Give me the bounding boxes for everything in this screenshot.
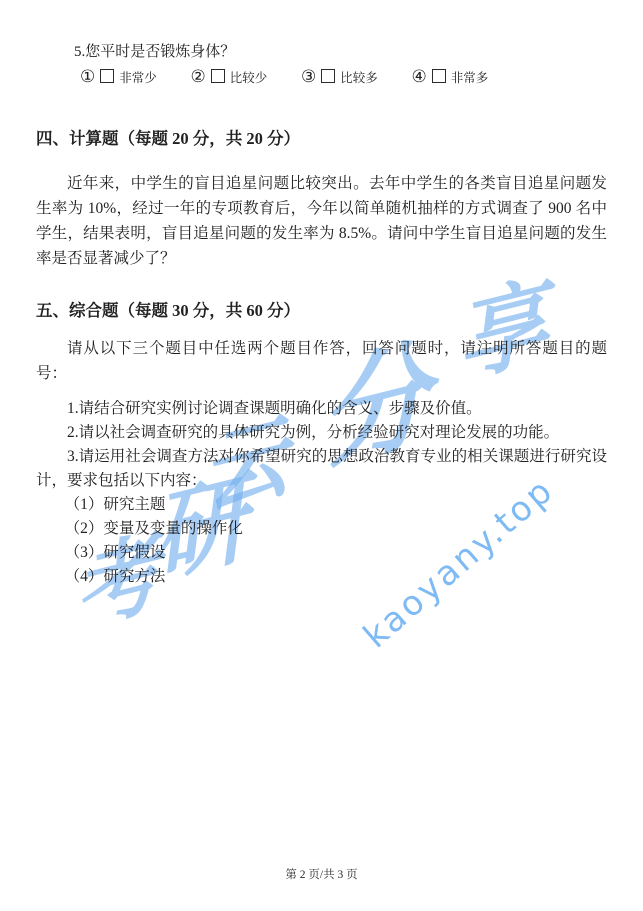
option-2: ②比较少 xyxy=(191,70,268,86)
section-5-title: 五、综合题（每题 30 分，共 60 分） xyxy=(36,300,607,322)
option-1: ①非常少 xyxy=(80,70,157,86)
page-number-footer: 第 2 页/共 3 页 xyxy=(0,866,643,882)
question-5-options: ①非常少 ②比较少 ③比较多 ④非常多 xyxy=(80,67,607,87)
circled-number-4: ④ xyxy=(412,67,427,86)
option-3-label: 比较多 xyxy=(340,71,378,85)
checkbox-icon xyxy=(321,69,335,83)
section-5-subitem-3: （3）研究假设 xyxy=(36,541,607,565)
option-4: ④非常多 xyxy=(412,70,489,86)
circled-number-3: ③ xyxy=(301,67,316,86)
section-5-item-1: 1.请结合研究实例讨论调查课题明确化的含义、步骤及价值。 xyxy=(36,397,607,421)
checkbox-icon xyxy=(100,69,114,83)
section-5-subitem-4: （4）研究方法 xyxy=(36,565,607,589)
section-4-title: 四、计算题（每题 20 分，共 20 分） xyxy=(36,128,607,150)
checkbox-icon xyxy=(432,69,446,83)
option-3: ③比较多 xyxy=(301,70,378,86)
section-5-intro: 请从以下三个题目中任选两个题目作答，回答问题时，请注明所答题目的题号： xyxy=(36,336,607,386)
question-5: 5.您平时是否锻炼身体？ xyxy=(74,42,607,63)
section-5-item-3: 3.请运用社会调查方法对你希望研究的思想政治教育专业的相关课题进行研究设计，要求… xyxy=(36,445,607,493)
circled-number-2: ② xyxy=(191,67,206,86)
option-2-label: 比较少 xyxy=(230,71,268,85)
exam-paper-page: 考 研 云 分 享 kaoyany.top 5.您平时是否锻炼身体？ ①非常少 … xyxy=(0,0,643,911)
section-5-subitem-1: （1）研究主题 xyxy=(36,493,607,517)
circled-number-1: ① xyxy=(80,67,95,86)
section-4-body: 近年来，中学生的盲目追星问题比较突出。去年中学生的各类盲目追星问题发生率为 10… xyxy=(36,171,607,271)
question-5-text: 5.您平时是否锻炼身体？ xyxy=(74,42,607,63)
option-4-label: 非常多 xyxy=(451,71,489,85)
section-5-item-2: 2.请以社会调查研究的具体研究为例，分析经验研究对理论发展的功能。 xyxy=(36,421,607,445)
page-content: 5.您平时是否锻炼身体？ ①非常少 ②比较少 ③比较多 ④非常多 四、计算题（每… xyxy=(36,0,607,589)
section-5-subitem-2: （2）变量及变量的操作化 xyxy=(36,517,607,541)
checkbox-icon xyxy=(211,69,225,83)
option-1-label: 非常少 xyxy=(119,71,157,85)
